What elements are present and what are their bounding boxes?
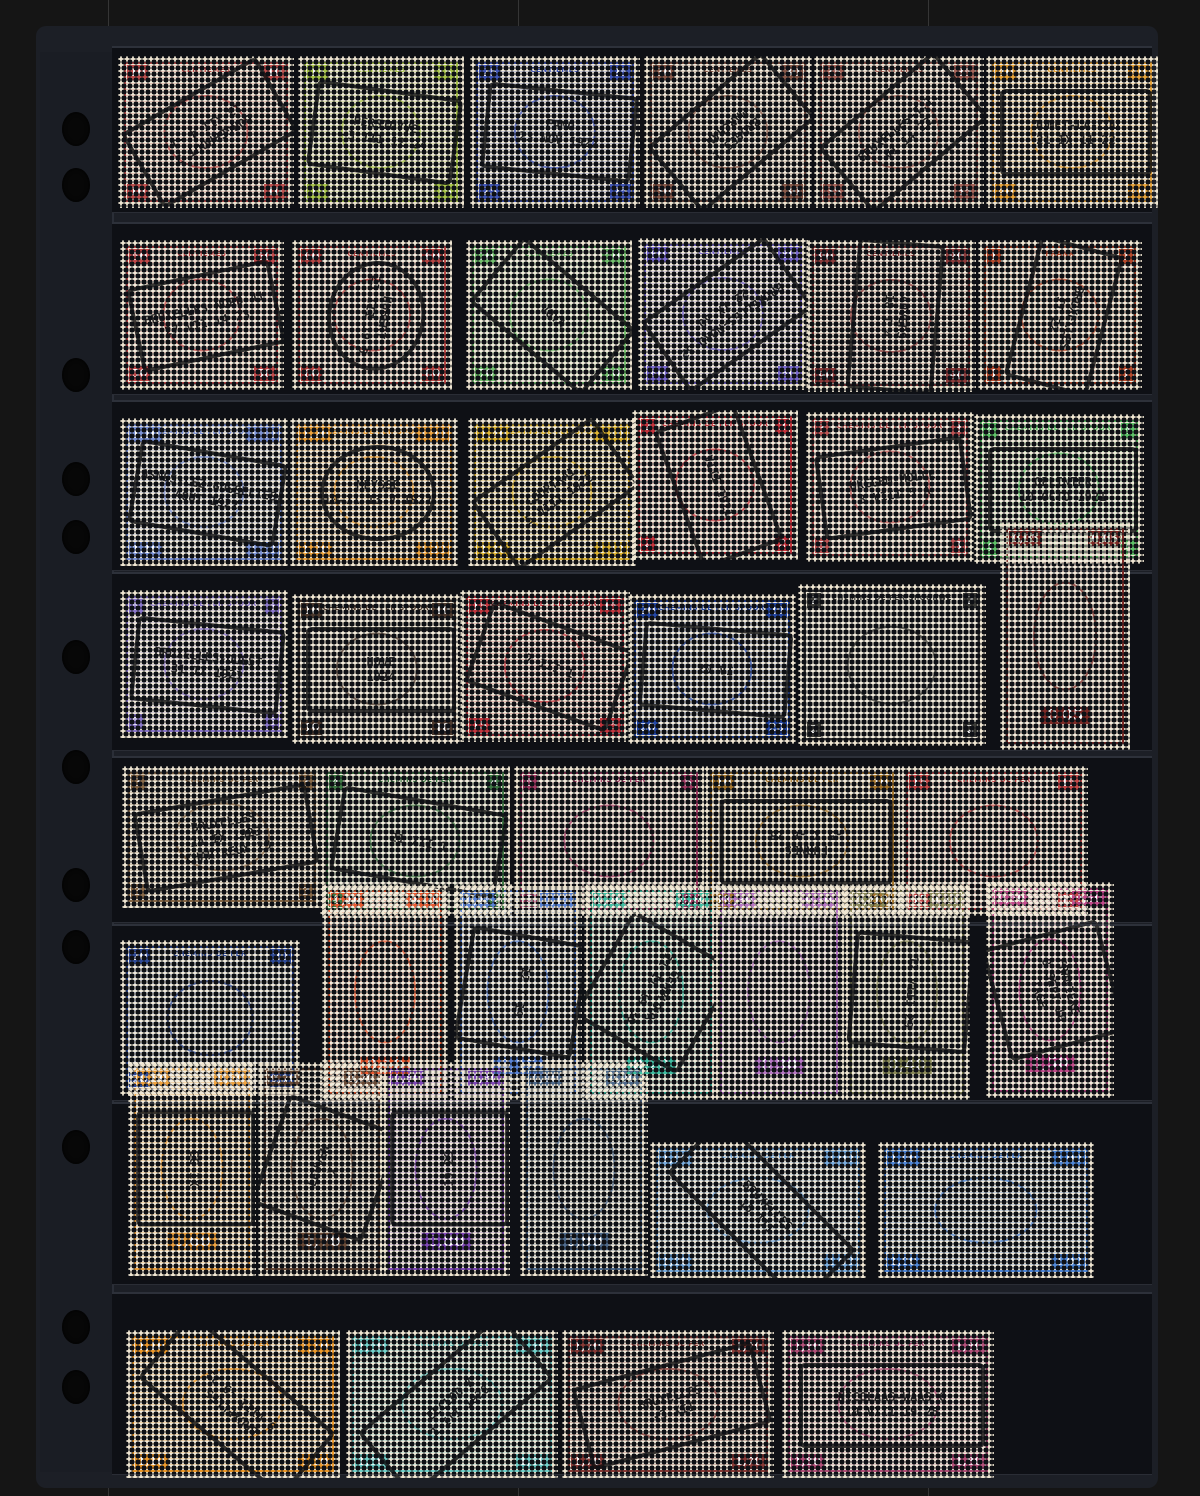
denomination-label: 2 (807, 722, 821, 737)
stamp-60: CENTIEMES60606060HUBERT23 III 19 5 (292, 240, 452, 390)
denomination-label: 35 (823, 184, 844, 199)
stamp-caption: CHEMINS DE FER SPOORWEGEN (658, 604, 766, 612)
denomination-label: 60 (301, 249, 322, 264)
denomination-label: 10 (713, 775, 734, 790)
denomination-label: 1,00 (1052, 1151, 1085, 1166)
denomination-label: 1,00 (1052, 1254, 1085, 1269)
denomination-label: 15 (600, 599, 621, 614)
punch-hole (62, 868, 90, 902)
stamp-caption: CHEMINS DE FER (917, 1152, 1055, 1160)
denomination-label: 10 (264, 184, 285, 199)
coat-of-arms-icon (747, 940, 811, 1043)
denomination-label: 2 (641, 419, 655, 434)
denomination-label: 0,90 (560, 1233, 609, 1250)
denomination-label: 60 (301, 366, 322, 381)
denomination-label: 0,50 (1072, 891, 1105, 906)
denomination-label: 90 (815, 249, 836, 264)
stamp-80: CENTIEMES80808080BRUXELLES-NORD 3222 IX … (638, 238, 808, 390)
denomination-label: 0,20 (676, 893, 709, 908)
denomination-label: 0,60 (214, 1071, 247, 1086)
punch-hole (62, 1130, 90, 1164)
stamp-70: CENTIEMES70707070VOYA (466, 240, 632, 390)
denomination-label: 90 (946, 249, 967, 264)
stamp-0-60: 0,600,600,60XI 33 (128, 1062, 256, 1276)
denomination-label: 25 (610, 65, 631, 80)
stamp-caption: CHEMINS DE FER (820, 1340, 956, 1348)
denomination-label: 4 (487, 775, 501, 790)
stamp-1-20: CHEMINS DE FER SPOORWEGEN1.201.201.201.2… (290, 418, 458, 566)
denomination-label: 2 (807, 593, 821, 608)
denomination-label: 1,80 (791, 1339, 824, 1354)
denomination-label: 10 (432, 720, 453, 735)
stamp-2: CHEMINS DE FER SPOORWEGEN2222VIII 1921 (632, 410, 798, 560)
denomination-label: 3 (131, 884, 145, 899)
postmark-cancel: ANVERS18 I 4 (845, 238, 945, 396)
denomination-label: 40 (995, 65, 1016, 80)
denomination-label: 1,80 (952, 1454, 985, 1469)
stamp-25: CENTIEMES25252525FANO23 NOV 1922 (470, 56, 640, 208)
denomination-label: 0,30 (723, 893, 756, 908)
postmark-text: JUMET-LA-COU (1033, 118, 1120, 133)
postmark-text: VOYA (537, 301, 569, 331)
stamp-caption: CHEMINS DE FER (548, 776, 670, 784)
postmark-cancel: FURNES-5 X -6 26 (720, 799, 893, 885)
denomination-label: 1,80 (952, 1339, 985, 1354)
postmark-cancel: NICOLAAS-WAAS 610 VIII 19 25 (799, 1363, 985, 1448)
denomination-label: 40 (1128, 65, 1149, 80)
postmark-text: X (325, 1165, 342, 1177)
punch-hole (62, 358, 90, 392)
stamp-2: CHEMINS DE FER SPOORWEGEN2222 (798, 584, 986, 746)
denomination-label: 70 (475, 366, 496, 381)
denomination-label: 4 (983, 540, 997, 555)
denomination-label: 1.20 (416, 542, 449, 557)
denomination-label: 60 (422, 366, 443, 381)
denomination-label: 20 (129, 949, 150, 964)
denomination-label: 2 (963, 593, 977, 608)
postmark-text: 21 XII 1 (389, 830, 449, 855)
postmark-text: MEYSSE (356, 478, 399, 493)
denomination-label: 1,00 (824, 1151, 857, 1166)
punch-hole (62, 930, 90, 964)
denomination-label: 1,80 (791, 1454, 824, 1469)
denomination-label: 25 (479, 65, 500, 80)
denomination-label: 4 (983, 423, 997, 438)
postmark-text: 19 29 (442, 1151, 457, 1187)
postmark-cancel: OPLINTER10 OCTO 1921 (988, 447, 1139, 533)
postmark-text: 21 IX 11 22 (1036, 133, 1115, 148)
denomination-label: 0,60 (137, 1071, 170, 1086)
postmark-text: 10-11 13 V 1922 (324, 493, 432, 508)
postmark-cancel: FANO23 NOV 1922 (479, 82, 638, 184)
denomination-label: 1.10 (246, 427, 279, 442)
stamp-caption: CENTIEMES (321, 250, 423, 258)
denomination-label: 0,05 (1041, 707, 1090, 724)
denomination-label: 0,90 (606, 1071, 639, 1086)
denomination-label: 40 (995, 184, 1016, 199)
denomination-label: 1 (987, 249, 1001, 264)
postmark-text: 12 VIII 29 (900, 955, 921, 1028)
postmark-text: 10 VIII 19 25 (845, 1405, 939, 1420)
stamp-caption: CHEMINS DE FER SPOORWEGEN (1005, 424, 1114, 432)
punch-hole (62, 168, 90, 202)
denomination-label: 15 (469, 599, 490, 614)
denomination-label: 2 (963, 722, 977, 737)
stamp-1-10: CHEMINS DE FER1,101,101,101,10BRUXELLES9… (126, 1330, 340, 1478)
coat-of-arms-icon (1033, 582, 1097, 691)
denomination-label: 50 (129, 249, 150, 264)
denomination-label: 1,00 (887, 1151, 920, 1166)
stamp-15: CENTIEMES15151515PERSTUYVE-3 III 12 24 (298, 56, 464, 208)
stamp-caption: CHEMINS DE FER (158, 776, 286, 784)
stamp-5: CHEMINS DE FER SPOORWEGEN5555BRUXELLES-O… (120, 590, 288, 738)
denomination-label: 35 (823, 65, 844, 80)
stamp-0-05: 0,050,050,05 (1000, 522, 1130, 750)
stamp-caption: CHEMINS DE FER (354, 776, 476, 784)
postmark-text: VIII 1921 (701, 453, 737, 519)
denomination-label: 0,10 (331, 893, 364, 908)
coat-of-arms-icon (167, 980, 254, 1056)
stamp-0-70: 0,700,700,70LEUVENX (258, 1062, 386, 1276)
postmark-cancel: 12 VIII 29 (846, 930, 976, 1054)
denomination-label: 80 (647, 366, 668, 381)
denomination-label: 5 (265, 599, 279, 614)
postmark-text: NICOLAAS-WAAS 6 (838, 1390, 946, 1405)
denomination-label: 1.20 (299, 542, 332, 557)
stamp-caption: CHEMINS DE FER SPOORWEGEN (832, 594, 952, 602)
postmark-text: HOVE (367, 655, 396, 670)
punch-hole (62, 640, 90, 674)
stamp-3: CHEMINS DE FER SPOORWEGEN3333UKEGEM-MOLL… (806, 412, 974, 562)
denomination-label: 80 (647, 247, 668, 262)
postmark-text: 7 III 1 (523, 651, 576, 682)
denomination-label: 3 (131, 775, 145, 790)
stamp-35: CENTIEMES35353535BRUXELLES-T.T.VI 14 22 (814, 56, 984, 208)
denomination-label: 15 (469, 718, 490, 733)
coat-of-arms-icon (847, 626, 937, 705)
postmark-cancel: 19 29 (390, 1111, 509, 1227)
denomination-label: 10 (870, 775, 891, 790)
denomination-label: 30 (653, 65, 674, 80)
punch-hole (62, 1370, 90, 1404)
punch-hole (62, 462, 90, 496)
stamp-caption: CHEMINS DE FER (739, 776, 864, 784)
coat-of-arms-icon (934, 1177, 1037, 1244)
denomination-label: 20 (637, 603, 658, 618)
postmark-cancel: BRUXELLES-OUEST31 IX 1921 (129, 615, 286, 715)
denomination-label: 0,70 (267, 1071, 300, 1086)
coat-of-arms-icon (949, 805, 1039, 878)
denomination-label: 5 (129, 714, 143, 729)
denomination-label: 1,00 (887, 1254, 920, 1269)
denomination-label: 25 (479, 184, 500, 199)
stamp-1-50: CHEMINS DE FER1,501,501,501,50EECLOO K1 … (346, 1330, 558, 1478)
denomination-label: 0,80 (422, 1233, 471, 1250)
denomination-label: 0,15 (540, 893, 573, 908)
denomination-label: 0,70 (344, 1071, 377, 1086)
stamp-90: CENTIEMES90909090ANVERS18 I 4 (806, 240, 976, 392)
denomination-label: 1,10 (135, 1454, 168, 1469)
denomination-label: 3 (951, 421, 965, 436)
punch-hole (62, 1310, 90, 1344)
denomination-label: 1.10 (129, 542, 162, 557)
denomination-label: 10 (432, 603, 453, 618)
denomination-label: 0,30 (802, 893, 835, 908)
denomination-label: 25 (610, 184, 631, 199)
stamp-caption: CHEMINS DE FER (152, 950, 267, 958)
denomination-label: 4 (1121, 423, 1135, 438)
denomination-label: 4 (329, 775, 343, 790)
denomination-label: 20 (766, 603, 787, 618)
denomination-label: 20 (766, 720, 787, 735)
denomination-label: 15 (434, 65, 455, 80)
denomination-label: 35 (954, 65, 975, 80)
denomination-label: 3 (815, 538, 829, 553)
denomination-label: 0,70 (298, 1233, 347, 1250)
stamp-1-00: CHEMINS DE FER1,001,001,001,00BRUXELLES1… (650, 1142, 866, 1278)
denomination-label: 5 (129, 599, 143, 614)
stamp-caption: CHEMINS DE FER SPOORWEGEN (320, 428, 428, 436)
denomination-label: 1 (987, 366, 1001, 381)
denomination-label: 70 (602, 249, 623, 264)
denomination-label: 15 (307, 65, 328, 80)
denomination-label: 0,50 (1026, 1055, 1075, 1072)
punch-hole (62, 112, 90, 146)
stamp-20: CHEMINS DE FER SPOORWEGEN2020202020 VI (628, 594, 796, 744)
postmark-text: 1924 (367, 670, 396, 685)
denomination-label: 50 (254, 366, 275, 381)
denomination-label: 0,05 (1088, 531, 1121, 546)
stamp-caption: CHEMINS DE FER SPOORWEGEN (150, 600, 258, 608)
denomination-label: 1,10 (298, 1339, 331, 1354)
denomination-label: 5 (681, 775, 695, 790)
stamp-caption: CENTIEMES (1017, 66, 1127, 74)
denomination-label: 60 (422, 249, 443, 264)
stamp-10: CHEMINS DE FER SPOORWEGEN10101010HOVE192… (292, 594, 462, 744)
postmark-cancel: JUMET-LA-COU21 IX 11 22 (1000, 89, 1152, 176)
postmark-text: 23 NOV 1922 (518, 129, 599, 152)
denomination-label: 3 (299, 884, 313, 899)
denomination-label: 0,50 (995, 891, 1028, 906)
denomination-label: 1.40 (594, 542, 627, 557)
denomination-label: 0,10 (406, 893, 439, 908)
denomination-label: 10 (127, 184, 148, 199)
postmark-text: 10 OCTO 1921 (1020, 490, 1107, 505)
denomination-label: 0,90 (529, 1071, 562, 1086)
denomination-label: 2 (775, 419, 789, 434)
denomination-label: 2 (641, 536, 655, 551)
postmark-cancel: 12 I 19 (453, 924, 592, 1059)
denomination-label: 1.20 (416, 427, 449, 442)
denomination-label: 15 (1058, 775, 1079, 790)
denomination-label: 0,40 (883, 1057, 932, 1074)
denomination-label: 1.40 (477, 427, 510, 442)
postmark-text: XI 33 (188, 1151, 203, 1187)
denomination-label: 10 (301, 720, 322, 735)
stamp-caption: CHEMINS DE FER (934, 776, 1054, 784)
punch-hole (62, 750, 90, 784)
denomination-label: 1,70 (732, 1454, 765, 1469)
denomination-label: 20 (637, 720, 658, 735)
denomination-label: 30 (782, 184, 803, 199)
stamp-3: CHEMINS DE FER3333BRUXELLES24 IX 1923CHA… (122, 766, 322, 908)
denomination-label: 0,80 (391, 1071, 424, 1086)
stamp-caption: CENTIEMES (501, 66, 610, 74)
postmark-text: -5 X -6 26 (770, 827, 842, 842)
denomination-label: 1,50 (355, 1339, 388, 1354)
denomination-label: 3 (951, 538, 965, 553)
postmark-cancel: HOVE1924 (306, 627, 457, 713)
denomination-label: 30 (653, 184, 674, 199)
stamp-1-00: CHEMINS DE FER1,001,001,001,00 (878, 1142, 1094, 1278)
stamp-caption: CENTIEMES (150, 250, 255, 258)
denomination-label: 5 (265, 714, 279, 729)
stamp-caption: CHEMINS DE FER SPOORWEGEN (323, 604, 432, 612)
stamp-1-70: CHEMINS DE FER1,701,701,701,70BRUXELLES-… (562, 1330, 774, 1478)
denomination-label: 0,15 (463, 893, 496, 908)
denomination-label: 0,20 (593, 893, 626, 908)
postmark-text: 20 VI (697, 661, 734, 679)
denomination-label: 15 (909, 775, 930, 790)
stamp-40: CENTIEMES40404040JUMET-LA-COU21 IX 11 22 (986, 56, 1158, 208)
denomination-label: 3 (815, 421, 829, 436)
denomination-label: 90 (815, 368, 836, 383)
denomination-label: 0,40 (928, 893, 961, 908)
denomination-label: 1,00 (659, 1254, 692, 1269)
denomination-label: 5 (523, 775, 537, 790)
denomination-label: 70 (602, 366, 623, 381)
denomination-label: 1 (1119, 366, 1133, 381)
stamp-0-50: 0,500,500,50FRANIERE8 SEPT 10TAGE (986, 882, 1114, 1098)
stamp-1-80: CHEMINS DE FER1,801,801,801,80NICOLAAS-W… (782, 1330, 994, 1478)
denomination-label: 1.20 (299, 427, 332, 442)
stamp-1-10: CHEMINS DE FER SPOORWEGEN1.101.101.101.1… (120, 418, 288, 566)
denomination-label: 10 (301, 603, 322, 618)
coat-of-arms-icon (563, 805, 654, 878)
coat-of-arms-icon (354, 940, 416, 1043)
stamp-0-30: 0,300,300,30 (714, 884, 844, 1100)
denomination-label: 0,60 (168, 1233, 217, 1250)
punch-hole (62, 520, 90, 554)
denomination-label: 0,40 (853, 893, 886, 908)
stamp-0-40: 0,400,400,4012 VIII 29 (844, 884, 970, 1100)
postmark-cancel: 20 VI (638, 621, 794, 720)
stamp-30: CENTIEMES30303030BRUGES 1MARCHAN (644, 56, 812, 208)
stamp-1: FRANK1111BRUXELLESII 22 (978, 240, 1142, 390)
denomination-label: 20 (270, 949, 291, 964)
postmark-cancel: XI 33 (136, 1111, 255, 1227)
stamp-50: CENTIEMES50505050BRUXELLES NORD 4127 VII… (120, 240, 284, 390)
postmark-text: 12 I 19 (510, 965, 534, 1017)
stamp-0-80: 0,800,800,8019 29 (382, 1062, 510, 1276)
stamp-caption: CHEMINS DE FER SPOORWEGEN (150, 428, 258, 436)
denomination-label: 15 (434, 184, 455, 199)
denomination-label: 40 (1128, 184, 1149, 199)
stamp-caption: CHEMINS DE FER (600, 1340, 736, 1348)
denomination-label: 0,30 (755, 1057, 804, 1074)
stamp-caption: CHEMINS DE FER SPOORWEGEN (836, 422, 944, 430)
denomination-label: 70 (475, 249, 496, 264)
denomination-label: 0,80 (468, 1071, 501, 1086)
denomination-label: 80 (778, 366, 799, 381)
denomination-label: 90 (946, 368, 967, 383)
denomination-label: 10 (127, 65, 148, 80)
denomination-label: 1,50 (516, 1454, 549, 1469)
coat-of-arms-icon (553, 1118, 616, 1220)
stamp-15: CHEMINS DE FER SPOORWEGEN151515157 III 1 (460, 590, 630, 742)
denomination-label: 35 (954, 184, 975, 199)
postmark-text: OPLINTER (1034, 475, 1092, 490)
denomination-label: 1,70 (571, 1339, 604, 1354)
stamp-1-40: CHEMINS DE FER SPOORWEGEN1.401.401.401.4… (468, 418, 636, 566)
denomination-label: 15 (307, 184, 328, 199)
stamp-10: CENTIEMES10101010BORGERHOUT 213 XII 4 -1 (118, 56, 294, 208)
denomination-label: 30 (782, 65, 803, 80)
postmark-text: FURNES (784, 842, 827, 857)
stamp-0-90: 0,900,900,90 (520, 1062, 648, 1276)
postmark-cancel: MEYSSE10-11 13 V 1922 (320, 445, 436, 542)
stamp-caption: CENTIEMES (328, 66, 434, 74)
denomination-label: 0,05 (1009, 531, 1042, 546)
